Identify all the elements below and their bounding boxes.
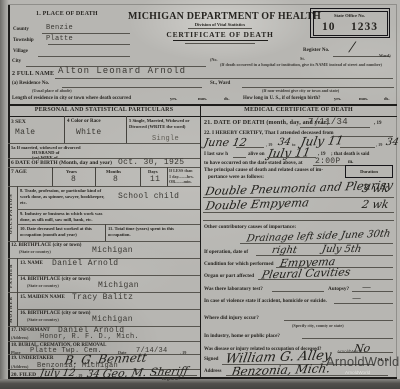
sex-label: 3 SEX — [11, 119, 26, 125]
lastsaw-label-1: I last saw h — [204, 152, 228, 158]
duration-1-hand: 3 wk — [361, 182, 390, 195]
division-rule — [188, 28, 252, 29]
township-label: Township — [13, 38, 34, 44]
row-rule-5 — [8, 241, 200, 242]
age-div-3 — [140, 167, 141, 186]
trade-label: 8. Trade, profession, or particular kind… — [20, 188, 112, 206]
dod-value: 7/11/34 — [308, 117, 348, 127]
dob-label: 6 DATE OF BIRTH (Month, day and year) — [11, 160, 112, 166]
certificate-rule-1 — [173, 40, 268, 41]
form-border-right — [396, 4, 397, 378]
marital-value: Single — [152, 135, 179, 143]
state-office-label: State Office No. — [311, 13, 388, 19]
industry-place-label: In industry, home or public place? — [204, 333, 280, 339]
ds-label: ds. — [224, 96, 230, 102]
violence-rule — [334, 303, 393, 304]
length-label: Length of residence in city or town wher… — [12, 96, 131, 102]
father-name-value: Daniel Arnold — [52, 259, 118, 268]
occ-rule-1 — [17, 209, 200, 210]
state-office-box: State Office No. 10 1233 — [310, 8, 390, 38]
autopsy-mark-hand: — — [361, 283, 372, 293]
certificate-rule-2 — [185, 43, 255, 44]
section-divider-top — [8, 104, 397, 106]
city-st-label: St. — [300, 56, 305, 61]
marital-label: 5 Single, Married, Widowed or Divorced (… — [129, 118, 197, 130]
county-value: Benzie — [46, 24, 73, 32]
village-label: Village — [13, 49, 28, 55]
specify-note: (Specify city, county or state) — [292, 323, 344, 328]
lastsaw-rule-1 — [233, 157, 246, 158]
yrs-label: yrs. — [170, 96, 177, 102]
mother-name-value: Tracy Balitz — [72, 293, 133, 302]
register-mark: / — [349, 40, 356, 55]
father-bp-value: Michigan — [98, 281, 139, 290]
filed-date-hand: July 12 — [39, 368, 76, 379]
signed-label: Signed — [204, 357, 218, 363]
principal-label-1: The principal cause of death and related… — [204, 167, 323, 173]
city-label: City — [12, 59, 21, 65]
fullname-value: Alton Leonard Arnold — [58, 66, 186, 76]
race-label: 4 Color or Race — [67, 119, 101, 125]
township-rule — [48, 44, 130, 45]
occ-rule-2 — [17, 224, 200, 225]
address-label: Address — [204, 369, 221, 375]
occ-10-11-divider — [105, 224, 106, 241]
to-year-hand: 34 — [385, 137, 400, 148]
age-months-value: 8 — [113, 175, 118, 184]
sex-value: Male — [15, 128, 35, 137]
industry-label: 9. Industry or business in which work wa… — [20, 211, 112, 223]
mos-label: mos. — [198, 96, 207, 102]
autopsy-label: Autopsy? — [328, 286, 349, 292]
fullname-rule — [55, 78, 393, 79]
city-ward-label: Ward) — [379, 53, 391, 58]
contributory-rule — [240, 243, 393, 244]
watermark-small-bottom: ArnoldWorld — [345, 370, 370, 375]
department-title: MICHIGAN DEPARTMENT OF HEALTH — [128, 11, 312, 22]
trade-value: School child — [118, 192, 179, 201]
ds2-label: ds. — [384, 96, 390, 102]
less-line3: OR........min. — [169, 179, 192, 184]
st-ward-rule — [242, 87, 394, 88]
certificate-title: CERTIFICATE OF DEATH — [128, 30, 312, 39]
county-rule — [42, 33, 130, 34]
less-line1: If LESS than — [169, 168, 193, 173]
registrar-label: Registrar. — [162, 376, 180, 381]
race-value: White — [76, 128, 102, 137]
residence-rule — [62, 87, 202, 88]
occurred-label: to have occurred on the date stated abov… — [204, 160, 303, 166]
time-rule — [313, 165, 346, 166]
filed-label: 20. FILED — [11, 372, 36, 378]
state-office-no2: 1233 — [351, 21, 378, 33]
operation-label: If operation, date of — [204, 249, 248, 255]
injury-rule — [284, 320, 393, 321]
form-border-top — [8, 4, 397, 5]
total-time-label: 11. Total time (years) spent in this occ… — [108, 226, 186, 238]
yrs2-label: yrs. — [334, 96, 341, 102]
row-rule-4 — [8, 186, 200, 187]
dob-value: Oct. 30, 1925 — [118, 158, 184, 167]
age-days-value: 11 — [150, 175, 160, 184]
cause-rule-3 — [203, 220, 394, 221]
hospital-note: (If death occurred in a hospital or inst… — [206, 62, 396, 67]
injury-label: Where did injury occur? — [204, 315, 259, 321]
lab-rule — [272, 291, 324, 292]
age-div-4 — [167, 167, 168, 186]
less-line2: 1 day........hrs. — [169, 174, 194, 179]
to-19-label: , 19 — [376, 142, 382, 147]
autopsy-rule — [352, 291, 393, 292]
age-div-1 — [52, 167, 53, 186]
filed-year-hand: 34 — [86, 369, 101, 380]
mother-rule — [17, 309, 200, 310]
informant-addr-label: (Address) — [11, 335, 28, 340]
row-rule-9 — [8, 341, 200, 342]
mother-bp-note: (State or country) — [27, 317, 59, 322]
age-years-value: 8 — [71, 175, 76, 184]
father-bp-note: (State or country) — [27, 283, 59, 288]
sex-race-divider — [64, 116, 65, 143]
residence-label: (a) Residence No. — [12, 81, 49, 87]
occupation-side-label: OCCUPATION — [8, 188, 17, 239]
duration-2-hand: 2 wk — [361, 198, 390, 211]
violence-label: In case of violence state if accident, h… — [204, 298, 327, 304]
watermark-main: ArnoldWorld — [326, 354, 400, 369]
row-rule-1 — [8, 143, 200, 144]
race-marital-divider — [126, 116, 127, 143]
informant-addr-value: Honor, R. F. D., Mich. — [40, 333, 139, 341]
birthplace-value: Michigan — [92, 246, 133, 255]
right-section-title: MEDICAL CERTIFICATE OF DEATH — [200, 107, 397, 113]
organ-label: Organ or part affected — [204, 273, 254, 279]
organ-rule — [258, 279, 393, 280]
register-label: Register No. — [303, 48, 329, 54]
lastsaw-date-hand: July 11 — [267, 145, 312, 160]
left-section-title: PERSONAL AND STATISTICAL PARTICULARS — [8, 107, 200, 113]
operation-hand-2: July 5th — [321, 244, 362, 255]
state-office-no1: 10 — [322, 21, 336, 33]
age-div-2 — [95, 167, 96, 186]
address-rule — [226, 375, 388, 376]
to-rule — [340, 147, 375, 148]
lastsaw-rule-2 — [267, 157, 316, 158]
mother-side-label: MOTHER — [8, 293, 17, 326]
mos2-label: mos. — [359, 96, 368, 102]
filed-19-label: , 19 — [76, 373, 82, 378]
mother-name-label: 15. MAIDEN NAME — [20, 295, 65, 301]
place-of-death-label: 1. PLACE OF DEATH — [36, 11, 98, 17]
st-ward-label: St., Ward — [210, 81, 230, 87]
center-divider — [200, 104, 201, 378]
duration-label: Duration — [346, 169, 392, 175]
last-worked-label: 10. Date deceased last worked at this oc… — [20, 226, 100, 238]
father-name-label: 13. NAME — [20, 261, 43, 267]
county-label: County — [13, 27, 29, 33]
nonresident-note: (If non-resident give city or town and s… — [262, 88, 339, 93]
father-rule — [17, 275, 200, 276]
violence-mark-hand: — — [351, 294, 362, 304]
occupation-strip-divider — [17, 186, 18, 241]
mother-bp-value: Michigan — [92, 315, 133, 324]
duration-box: Duration — [345, 165, 393, 178]
scan-bottom-edge — [0, 379, 400, 389]
township-value: Platte — [46, 35, 73, 43]
industry-place-rule — [302, 338, 393, 339]
cause-rule-2 — [203, 212, 394, 213]
abode-note: (Usual place of abode) — [32, 88, 72, 93]
village-rule — [38, 56, 130, 57]
death-certificate-scan: 1. PLACE OF DEATH County Benzie Township… — [0, 0, 400, 389]
lab-label: Was there laboratory test? — [204, 286, 263, 292]
foreign-label: How long in U. S., if of foreign birth? — [243, 96, 321, 102]
cause-2-hand: Double Empyema — [204, 195, 310, 213]
lastsaw-label-2: alive on — [248, 152, 265, 158]
dod-rule — [300, 127, 370, 128]
principal-label-2: portance were as follows: — [208, 174, 264, 180]
age-label: 7 AGE — [11, 169, 27, 175]
condition-label: Condition for which performed — [204, 261, 274, 267]
from-rule — [236, 147, 264, 148]
father-side-label: FATHER — [8, 259, 17, 292]
fullname-label: 2 FULL NAME — [12, 71, 54, 77]
birthplace-note: (State or country) — [19, 249, 51, 254]
dod-19-label: , 19 — [374, 121, 382, 127]
contributory-label: Other contributory causes of importance: — [204, 224, 296, 230]
